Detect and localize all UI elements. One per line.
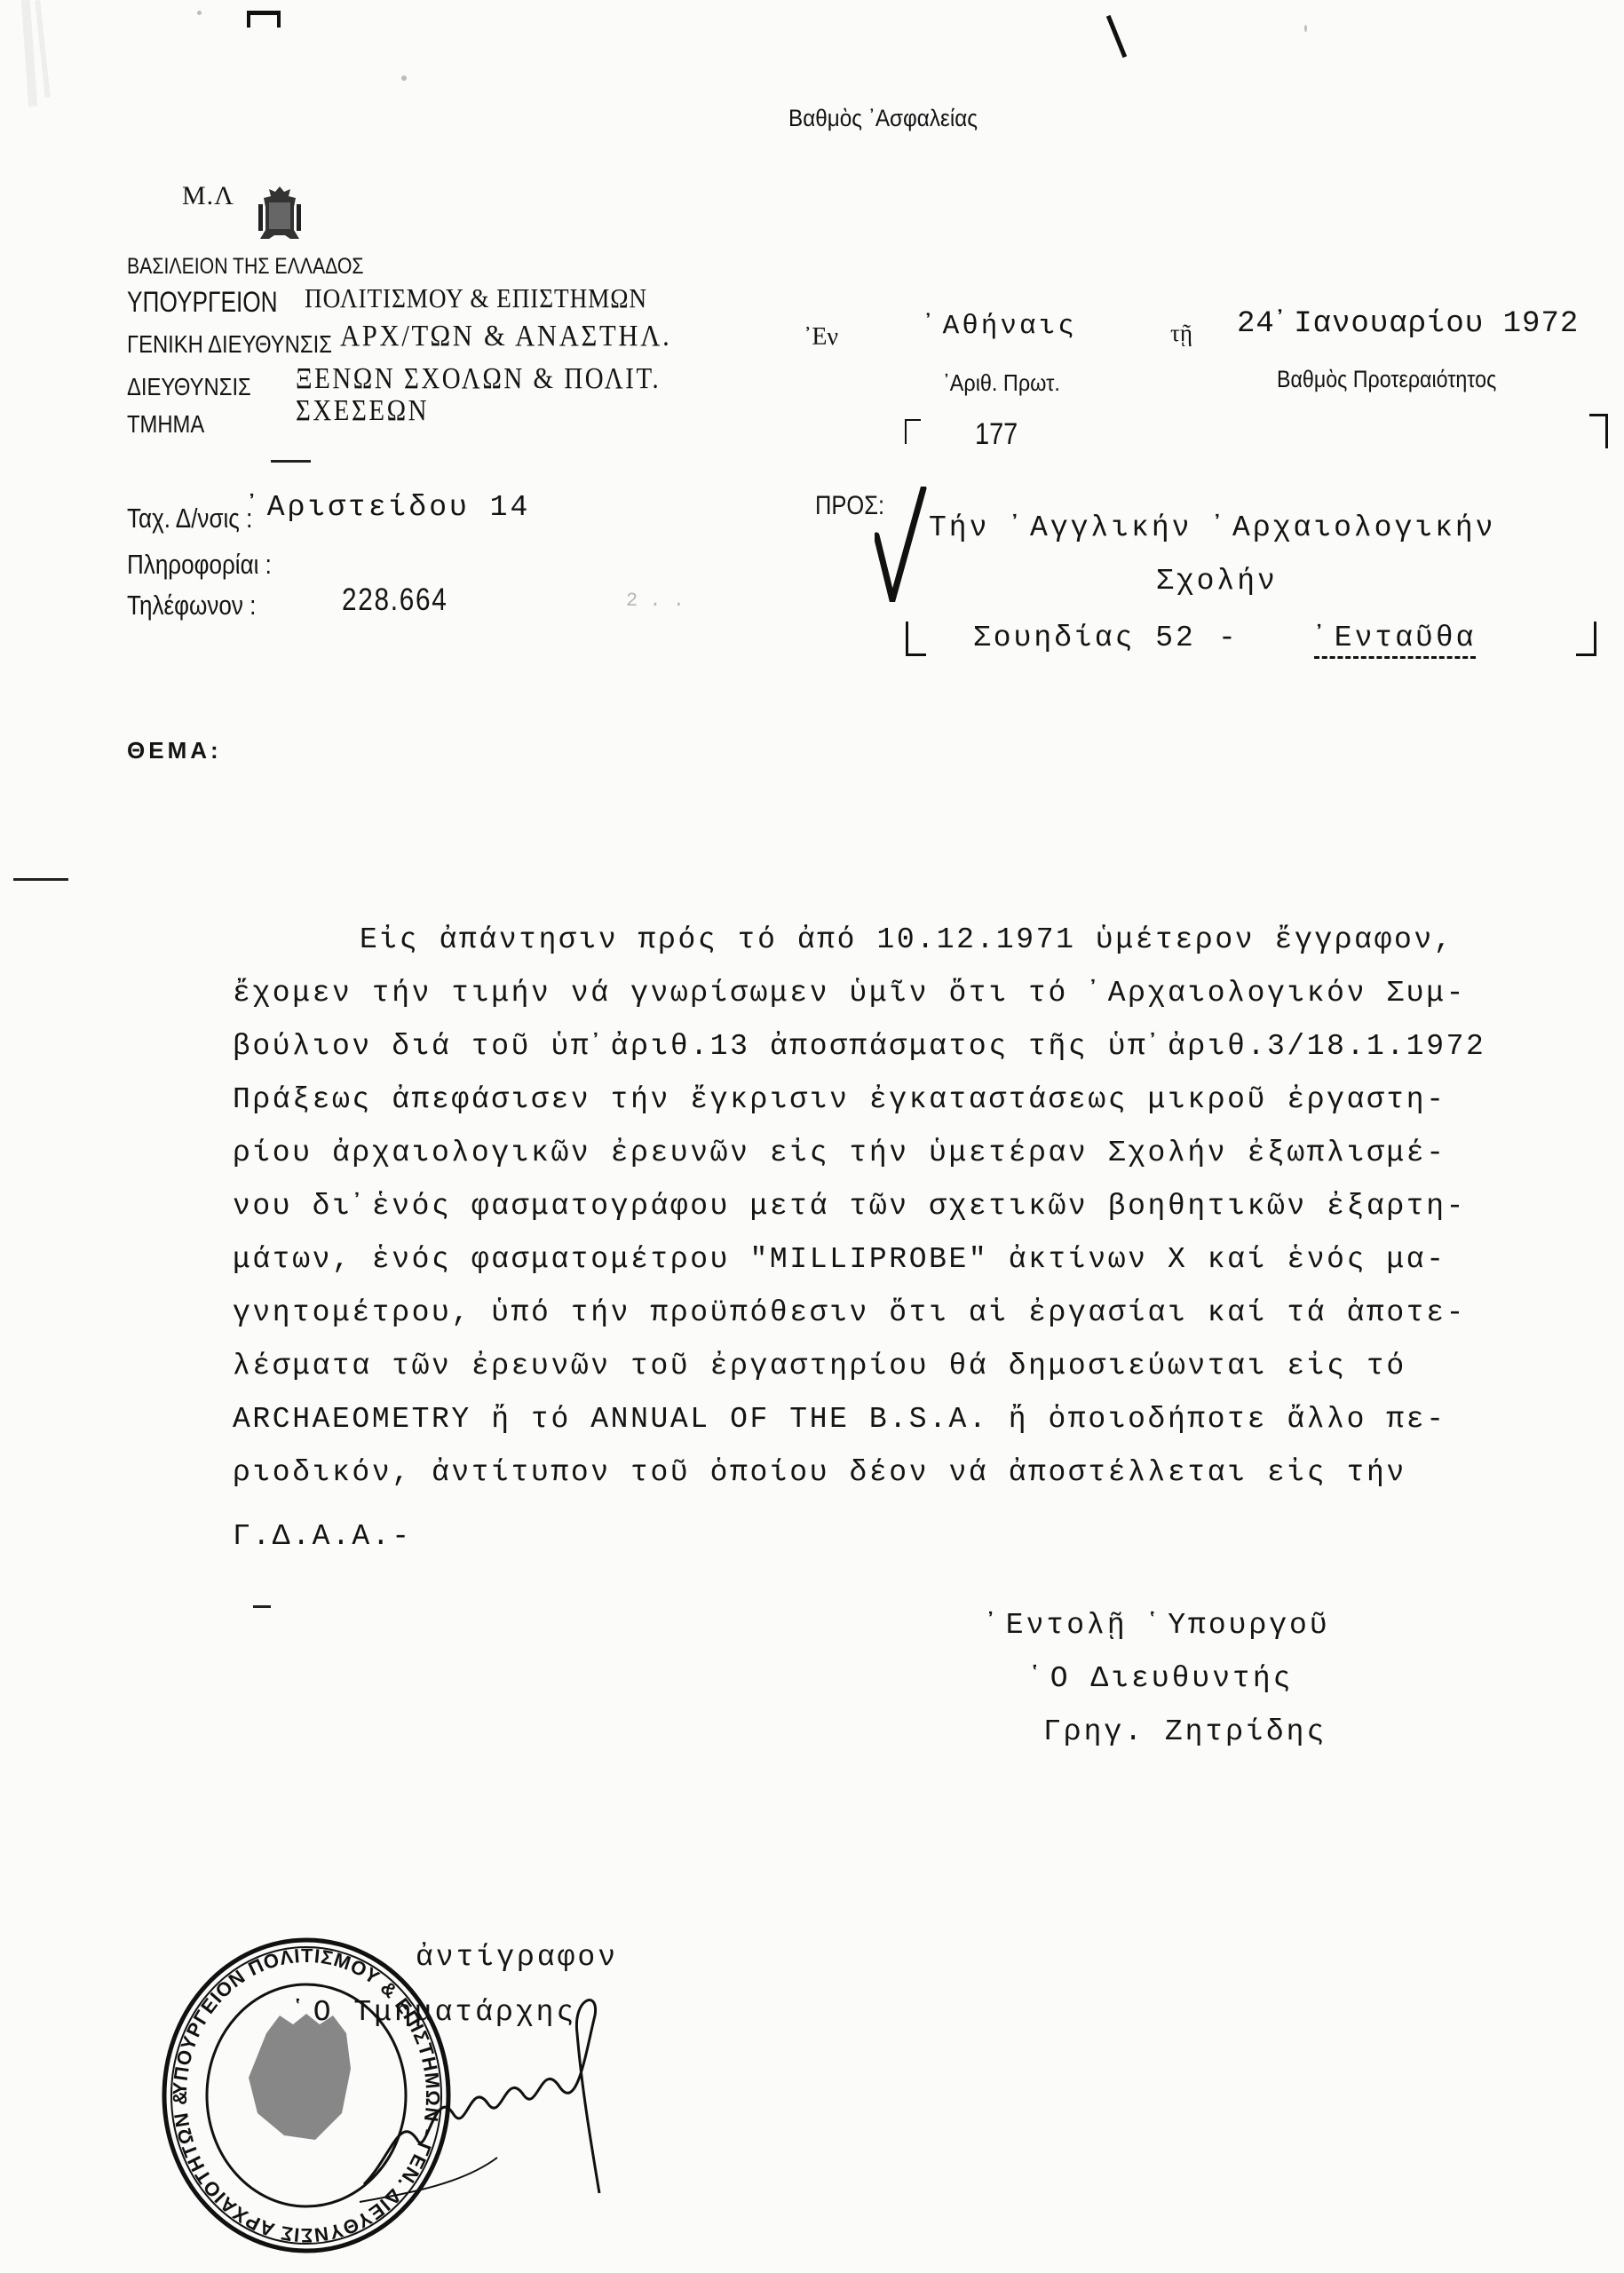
body-line: μάτων, ἑνός φασματομέτρου "MILLIPROBE" ἀ… <box>233 1243 1446 1276</box>
date: 24᾿Ιανουαρίου 1972 <box>1237 307 1579 341</box>
address-value: ᾿Αριστείδου 14 <box>247 491 530 524</box>
section-value: ΣΧΕΣΕΩΝ <box>296 394 429 428</box>
recipient-dash: - <box>1218 622 1236 654</box>
protocol-label: ᾿Αριθ. Πρωτ. <box>943 369 1060 397</box>
body-line: λέσματα τῶν ἐρευνῶν τοῦ ἐργαστηρίου θά δ… <box>233 1350 1406 1382</box>
ministry-label: ΥΠΟΥΡΓΕΙΟΝ <box>127 286 278 319</box>
recipient-street: Σουηδίας 52 <box>973 622 1196 654</box>
general-directorate-value: ΑΡΧ/ΤΩΝ & ΑΝΑΣΤΗΛ. <box>340 320 671 353</box>
corner-mark <box>905 419 921 444</box>
phone-faint: 2 . . <box>626 590 685 612</box>
phone-label: Τηλέφωνον : <box>127 590 256 622</box>
subject-label: ΘΕΜΑ: <box>127 737 222 764</box>
section-label: ΤΜΗΜΑ <box>127 410 204 439</box>
corner-mark <box>1589 414 1608 448</box>
recipient-locality: ᾿Ενταῦθα <box>1314 622 1476 659</box>
protocol-number: 177 <box>975 417 1018 452</box>
corner-mark <box>1576 622 1596 656</box>
general-directorate-label: ΓΕΝΙΚΗ ΔΙΕΥΘΥΝΣΙΣ <box>127 330 332 359</box>
en-label: ᾿Εν <box>804 323 838 352</box>
body-line: βούλιον διά τοῦ ὑπ᾿ἀριθ.13 ἀποσπάσματος … <box>233 1030 1485 1063</box>
scan-streak <box>35 0 50 98</box>
margin-mark <box>13 878 68 881</box>
dust-speck <box>197 11 202 15</box>
body-line: ρίου ἀρχαιολογικῶν ἐρευνῶν εἰς τήν ὑμετέ… <box>233 1136 1446 1169</box>
body-line: νου δι᾿ἑνός φασματογράφου μετά τῶν σχετι… <box>233 1190 1466 1223</box>
recipient-line1: Τήν ᾿Αγγλικήν ᾿Αρχαιολογικήν <box>929 511 1496 544</box>
signature-line1: ᾿Εντολῇ ῾Υπουργοῦ <box>986 1609 1330 1642</box>
handwritten-signature <box>355 1980 755 2220</box>
corner-mark <box>906 622 926 656</box>
recipient-line2: Σχολήν <box>1156 565 1278 598</box>
scanned-letter: Βαθμὸς ᾿Ασφαλείας Μ.Λ ΒΑΣΙΛΕΙΟΝ ΤΗΣ ΕΛΛΑ… <box>0 0 1624 2273</box>
scan-streak <box>21 0 37 107</box>
body-line: γνητομέτρου, ὑπό τήν προϋπόθεσιν ὅτι αἱ … <box>233 1296 1466 1329</box>
body-line: ἔχομεν τήν τιμήν νά γνωρίσωμεν ὑμῖν ὅτι … <box>233 977 1466 1010</box>
body-line: Εἰς ἀπάντησιν πρός τό ἀπό 10.12.1971 ὑμέ… <box>360 923 1454 956</box>
security-grade-label: Βαθμὸς ᾿Ασφαλείας <box>788 105 978 132</box>
place: ᾿Αθήναις <box>923 311 1077 342</box>
clip-mark <box>247 11 281 28</box>
priority-label: Βαθμὸς Προτεραιότητος <box>1277 366 1496 393</box>
check-mark-icon <box>875 487 928 602</box>
dust-speck <box>1304 25 1307 32</box>
body-line: Γ.Δ.Α.Α.- <box>233 1520 412 1553</box>
ministry-value: ΠΟΛΙΤΙΣΜΟΥ & ΕΠΙΣΤΗΜΩΝ <box>305 282 647 314</box>
margin-mark <box>253 1605 271 1608</box>
directorate-value: ΞΕΝΩΝ ΣΧΟΛΩΝ & ΠΟΛΙΤ. <box>296 362 661 396</box>
staple-mark <box>1106 15 1127 58</box>
dust-speck <box>401 75 407 81</box>
info-label: Πληροφορίαι : <box>127 549 272 581</box>
divider-line <box>271 460 311 463</box>
body-line: Πράξεως ἀπεφάσισεν τήν ἔγκρισιν ἐγκαταστ… <box>233 1083 1446 1116</box>
body-line: ριοδικόν, ἀντίτυπον τοῦ ὁποίου δέον νά ἀ… <box>233 1456 1406 1489</box>
phone-value: 228.664 <box>342 582 448 618</box>
letterhead-initials: Μ.Λ <box>182 181 234 211</box>
royal-crest-icon <box>253 185 306 245</box>
signature-line3: Γρηγ. Ζητρίδης <box>1043 1715 1327 1748</box>
body-line: ARCHAEOMETRY ἤ τό ANNUAL OF THE B.S.A. ἤ… <box>233 1403 1446 1436</box>
kingdom-label: ΒΑΣΙΛΕΙΟΝ ΤΗΣ ΕΛΛΑΔΟΣ <box>127 254 364 280</box>
te-label: τῇ <box>1170 320 1192 347</box>
directorate-label: ΔΙΕΥΘΥΝΣΙΣ <box>127 373 251 401</box>
signature-line2: ῾Ο Διευθυντής <box>1030 1662 1293 1695</box>
address-label: Ταχ. Δ/νσις : <box>127 503 252 535</box>
